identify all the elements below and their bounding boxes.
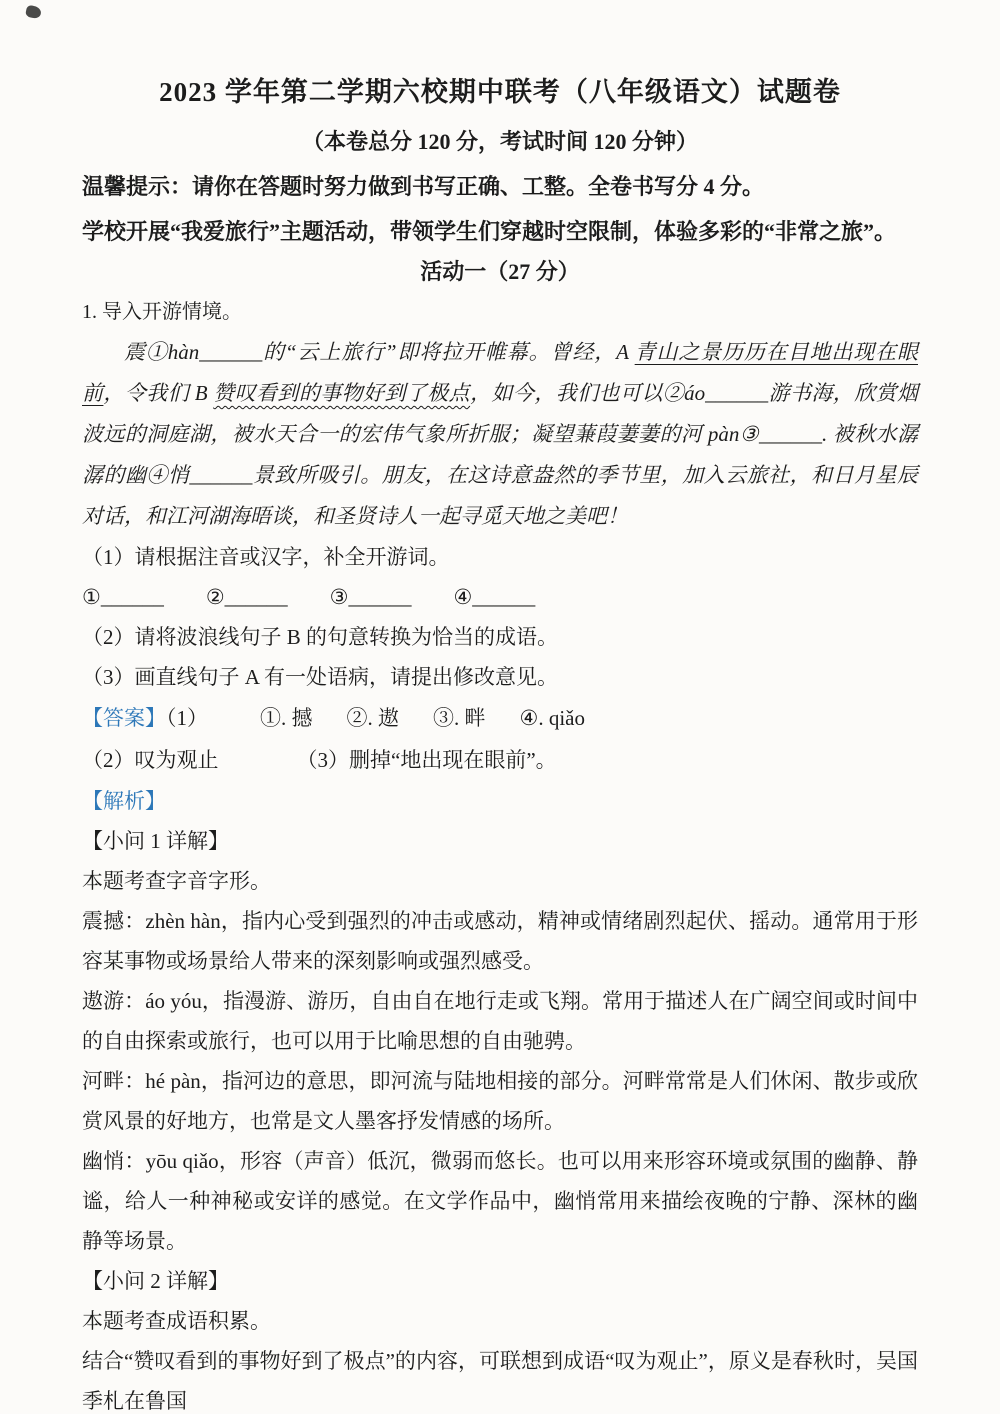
question-intro-paragraph: 震①hàn______的“云上旅行”即将拉开帷幕。曾经，A 青山之景历历在目地出… xyxy=(82,332,918,537)
answer-line-1: 【答案】（1）①. 撼②. 遨③. 畔④. qiǎo xyxy=(82,697,918,739)
analysis-paragraph-youqiao: 幽悄：yōu qiǎo，形容（声音）低沉，微弱而悠长。也可以用来形容环境或氛围的… xyxy=(82,1141,918,1261)
analysis-paragraph-aoyou: 遨游：áo yóu，指漫游、游历，自由自在地行走或飞翔。常用于描述人在广阔空间或… xyxy=(82,981,918,1061)
exam-notice: 温馨提示：请你在答题时努力做到书写正确、工整。全卷书写分 4 分。 xyxy=(82,167,918,207)
answer-item-2: ②. 遨 xyxy=(347,706,400,730)
answer-blanks-line: ①______ ②______ ③______ ④______ xyxy=(82,577,918,617)
exam-theme-line: 学校开展“我爱旅行”主题活动，带领学生们穿越时空限制，体验多彩的“非常之旅”。 xyxy=(82,212,918,252)
analysis-paragraph-zhenhan: 震撼：zhèn hàn，指内心受到强烈的冲击或感动，精神或情绪剧烈起伏、摇动。通… xyxy=(82,901,918,981)
sub-question-2: （2）请将波浪线句子 B 的句意转换为恰当的成语。 xyxy=(82,617,918,657)
analysis-paragraph-hepan: 河畔：hé pàn，指河边的意思，即河流与陆地相接的部分。河畔常常是人们休闲、散… xyxy=(82,1061,918,1141)
page-title: 2023 学年第二学期六校期中联考（八年级语文）试题卷 xyxy=(82,70,918,114)
answer-item-1: ①. 撼 xyxy=(260,706,313,730)
answer-part1-prefix: （1） xyxy=(166,706,208,730)
intro-plain-segment-1: 震①hàn______的“云上旅行”即将拉开帷幕。曾经，A xyxy=(124,340,635,364)
answer-item-4: ④. qiǎo xyxy=(520,706,585,730)
sub-question-1: （1）请根据注音或汉字，补全开游词。 xyxy=(82,537,918,577)
answer-label: 【答案】 xyxy=(82,706,166,730)
intro-plain-segment-2: ，令我们 B xyxy=(103,381,213,405)
answer-part2: （2）叹为观止 xyxy=(82,748,219,772)
analysis-label: 【解析】 xyxy=(82,781,918,821)
question-1-number-line: 1. 导入开游情境。 xyxy=(82,292,918,332)
analysis-sub1-intro: 本题考查字音字形。 xyxy=(82,861,918,901)
answer-line-2: （2）叹为观止（3）删掉“地出现在眼前”。 xyxy=(82,739,918,781)
analysis-sub1-heading: 【小问 1 详解】 xyxy=(82,821,918,861)
analysis-sub2-heading: 【小问 2 详解】 xyxy=(82,1261,918,1301)
answer-item-3: ③. 畔 xyxy=(433,706,486,730)
scan-smudge-artifact xyxy=(25,5,42,20)
exam-score-time-subtitle: （本卷总分 120 分，考试时间 120 分钟） xyxy=(82,122,918,162)
exam-paper-page: 2023 学年第二学期六校期中联考（八年级语文）试题卷 （本卷总分 120 分，… xyxy=(0,0,1000,1414)
analysis-sub2-intro: 本题考查成语积累。 xyxy=(82,1301,918,1341)
answer-part3: （3）删掉“地出现在眼前”。 xyxy=(297,748,557,772)
analysis-sub2-body: 结合“赞叹看到的事物好到了极点”的内容，可联想到成语“叹为观止”，原义是春秋时，… xyxy=(82,1341,918,1414)
activity-heading: 活动一（27 分） xyxy=(82,252,918,292)
intro-wavy-sentence-b: 赞叹看到的事物好到了极点 xyxy=(213,381,470,405)
sub-question-3: （3）画直线句子 A 有一处语病，请提出修改意见。 xyxy=(82,657,918,697)
